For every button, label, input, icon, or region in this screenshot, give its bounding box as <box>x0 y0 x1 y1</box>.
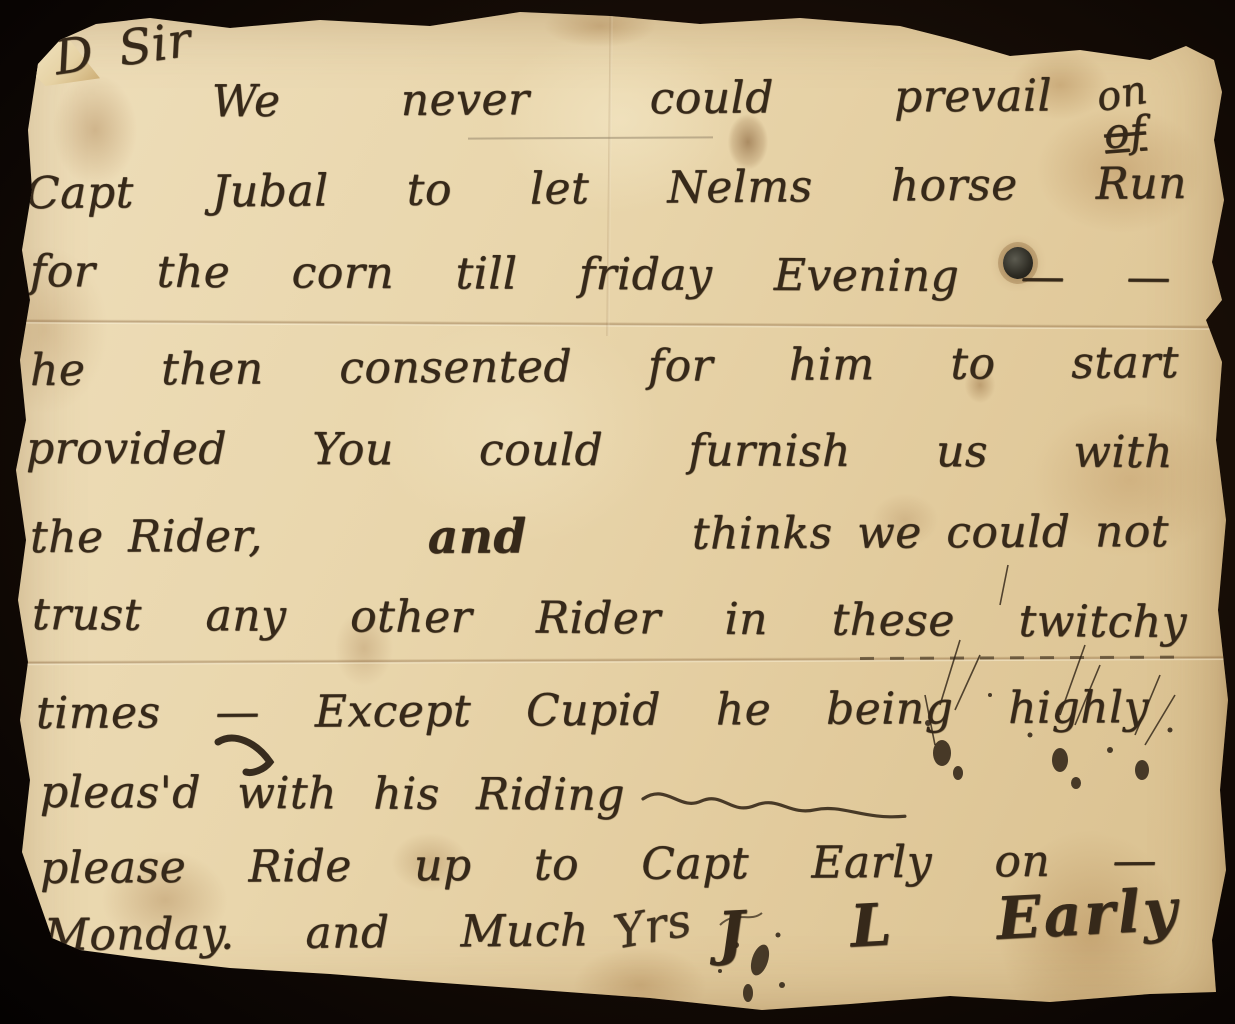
letter-paper: D Sir We never could prevail on of Capt … <box>0 0 1235 1024</box>
letter-line-3: for the corn till friday Evening — — <box>30 249 1171 301</box>
letter-line-5: provided You could furnish us with <box>26 426 1173 476</box>
letter-line-7: trust any other Rider in these twitchy <box>32 592 1187 646</box>
letter-line-2: Capt Jubal to let Nelms horse Run <box>26 161 1187 217</box>
line-9-text: pleas'd with his Riding <box>40 770 625 819</box>
letter-line-4: he then consented for him to start <box>30 340 1179 394</box>
line-6-start: the Rider, <box>30 514 263 565</box>
line-11-text: Monday. and Much Oblige <box>44 908 590 1005</box>
inline-correction: on of <box>1095 71 1152 157</box>
letter-line-1: We never could prevail on of <box>212 73 1150 162</box>
line-6-end: thinks we could not <box>692 509 1169 561</box>
signature: J L Early <box>716 879 1189 964</box>
emphasized-word: and <box>428 512 527 562</box>
ink-splatter <box>880 545 1190 810</box>
letter-line-11: Monday. and Much Oblige Yrs J L Early <box>44 903 1190 1005</box>
closing-abbreviation: Yrs <box>610 895 695 957</box>
salutation: D Sir <box>51 15 194 84</box>
fold-crease-upper <box>0 319 1235 330</box>
photo-background: D Sir We never could prevail on of Capt … <box>0 0 1235 1024</box>
letter-line-10: please Ride up to Capt Early on — <box>40 838 1157 892</box>
line-1-text: We never could prevail <box>212 73 1052 125</box>
letter-line-6: the Rider, and thinks we could not <box>30 509 1169 564</box>
letter-line-9: pleas'd with his Riding <box>40 764 909 827</box>
inserted-word: on <box>1093 69 1151 119</box>
pen-flourish <box>639 781 909 826</box>
letter-line-8: times — Except Cupid he being highly <box>36 685 1149 737</box>
